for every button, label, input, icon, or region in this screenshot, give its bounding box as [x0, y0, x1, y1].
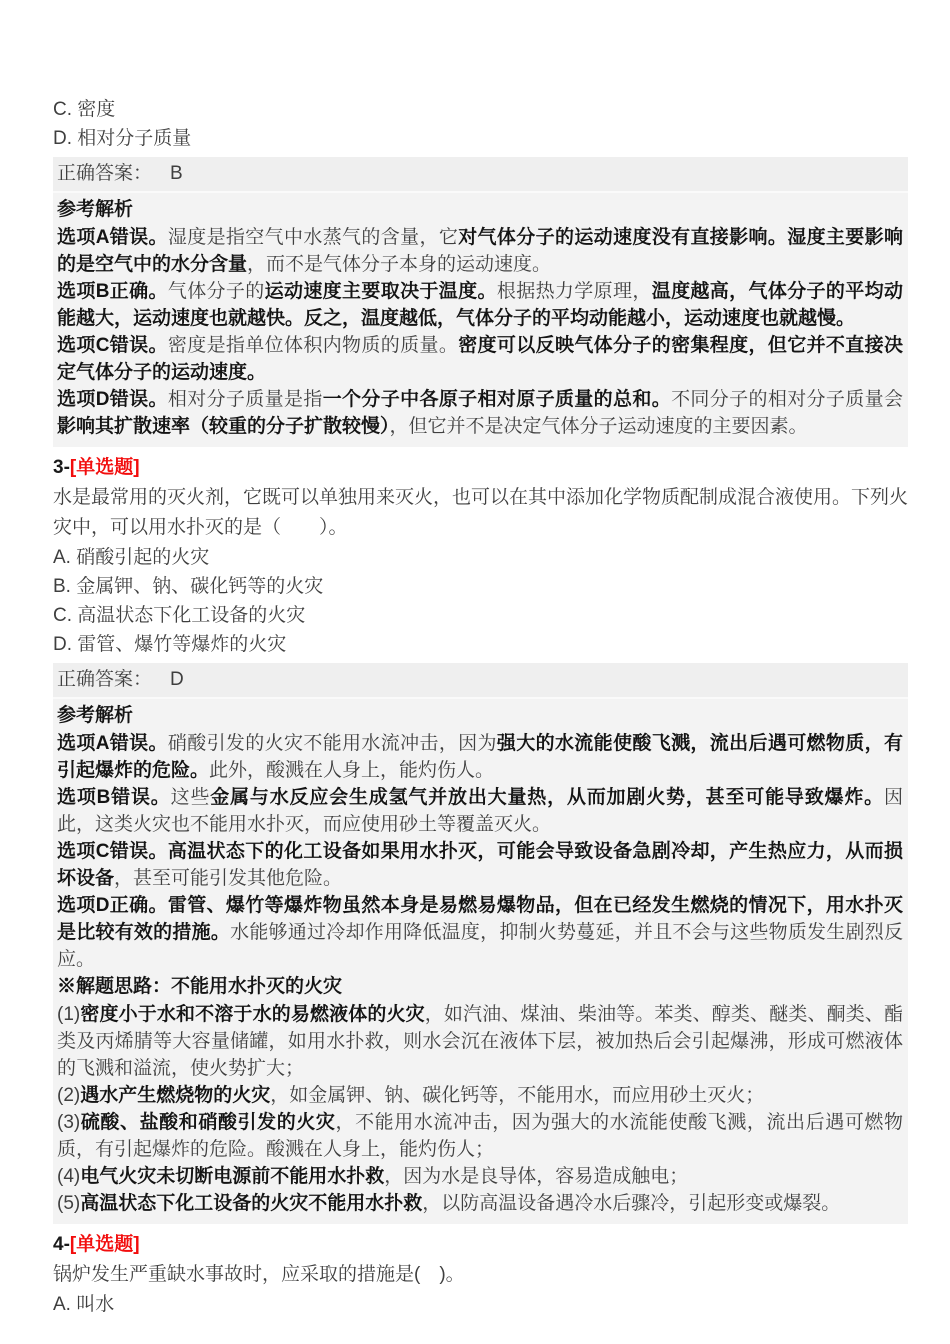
tip-note-1: (1)密度小于水和不溶于水的易燃液体的火灾，如汽油、煤油、柴油等。苯类、醇类、醚…	[57, 1001, 903, 1082]
question-type-tag: [单选题]	[70, 457, 140, 478]
analysis-section: 参考解析 选项A错误。湿度是指空气中水蒸气的含量，它对气体分子的运动速度没有直接…	[53, 193, 908, 447]
analysis-section: 参考解析 选项A错误。硝酸引发的火灾不能用水流冲击，因为强大的水流能使酸飞溅，流…	[53, 699, 908, 1224]
answer-row: 正确答案：D	[53, 663, 908, 699]
answer-label: 正确答案：	[57, 163, 152, 184]
tip-note-3: (3)硫酸、盐酸和硝酸引发的火灾，不能用水流冲击，因为强大的水流能使酸飞溅，流出…	[57, 1109, 903, 1163]
option-row-d: D. 相对分子质量	[53, 124, 908, 153]
analysis-paragraph-c: 选项C错误。密度是指单位体积内物质的质量。密度可以反映气体分子的密集程度，但它并…	[57, 332, 903, 386]
question-heading: 4-[单选题]	[53, 1230, 908, 1260]
analysis-paragraph-a: 选项A错误。湿度是指空气中水蒸气的含量，它对气体分子的运动速度没有直接影响。湿度…	[57, 224, 903, 278]
question-text: 锅炉发生严重缺水事故时，应采取的措施是( )。	[53, 1260, 908, 1290]
analysis-paragraph-d: 选项D错误。相对分子质量是指一个分子中各原子相对原子质量的总和。不同分子的相对分…	[57, 386, 903, 440]
option-row-a: A. 硝酸引起的火灾	[53, 543, 908, 572]
question-text: 水是最常用的灭火剂，它既可以单独用来灭火，也可以在其中添加化学物质配制成混合液使…	[53, 483, 908, 543]
analysis-paragraph-d: 选项D正确。雷管、爆竹等爆炸物虽然本身是易燃易爆物品，但在已经发生燃烧的情况下，…	[57, 892, 903, 973]
answer-row: 正确答案：B	[53, 157, 908, 193]
tip-note-2: (2)遇水产生燃烧物的火灾，如金属钾、钠、碳化钙等，不能用水，而应用砂土灭火；	[57, 1082, 903, 1109]
tip-note-5: (5)高温状态下化工设备的火灾不能用水扑救，以防高温设备遇冷水后骤冷，引起形变或…	[57, 1190, 903, 1217]
option-row-d: D. 雷管、爆竹等爆炸的火灾	[53, 630, 908, 659]
question-4-block: 4-[单选题] 锅炉发生严重缺水事故时，应采取的措施是( )。 A. 叫水	[53, 1230, 908, 1319]
question-number: 3-	[53, 457, 70, 478]
analysis-paragraph-a: 选项A错误。硝酸引发的火灾不能用水流冲击，因为强大的水流能使酸飞溅，流出后遇可燃…	[57, 730, 903, 784]
option-row-c: C. 密度	[53, 95, 908, 124]
analysis-heading: 参考解析	[57, 196, 903, 224]
option-row-c: C. 高温状态下化工设备的火灾	[53, 601, 908, 630]
analysis-paragraph-b: 选项B错误。这些金属与水反应会生成氢气并放出大量热，从而加剧火势，甚至可能导致爆…	[57, 784, 903, 838]
question-number: 4-	[53, 1234, 70, 1255]
analysis-heading: 参考解析	[57, 702, 903, 730]
question-3-block: 3-[单选题] 水是最常用的灭火剂，它既可以单独用来灭火，也可以在其中添加化学物…	[53, 453, 908, 1224]
answer-value: D	[170, 669, 184, 690]
question-heading: 3-[单选题]	[53, 453, 908, 483]
answer-label: 正确答案：	[57, 669, 152, 690]
question-type-tag: [单选题]	[70, 1234, 140, 1255]
tip-note-4: (4)电气火灾未切断电源前不能用水扑救，因为水是良导体，容易造成触电；	[57, 1163, 903, 1190]
option-row-b: B. 金属钾、钠、碳化钙等的火灾	[53, 572, 908, 601]
answer-value: B	[170, 163, 183, 184]
analysis-paragraph-c: 选项C错误。高温状态下的化工设备如果用水扑灭，可能会导致设备急剧冷却，产生热应力…	[57, 838, 903, 892]
solution-tip-heading: ※解题思路：不能用水扑灭的火灾	[57, 973, 903, 1001]
document-page: C. 密度 D. 相对分子质量 正确答案：B 参考解析 选项A错误。湿度是指空气…	[0, 0, 950, 1319]
answer-analysis-block: 正确答案：D 参考解析 选项A错误。硝酸引发的火灾不能用水流冲击，因为强大的水流…	[53, 663, 908, 1224]
answer-analysis-block: 正确答案：B 参考解析 选项A错误。湿度是指空气中水蒸气的含量，它对气体分子的运…	[53, 157, 908, 447]
option-row-a: A. 叫水	[53, 1290, 908, 1319]
analysis-paragraph-b: 选项B正确。气体分子的运动速度主要取决于温度。根据热力学原理，温度越高，气体分子…	[57, 278, 903, 332]
question-2-block: C. 密度 D. 相对分子质量 正确答案：B 参考解析 选项A错误。湿度是指空气…	[53, 95, 908, 447]
